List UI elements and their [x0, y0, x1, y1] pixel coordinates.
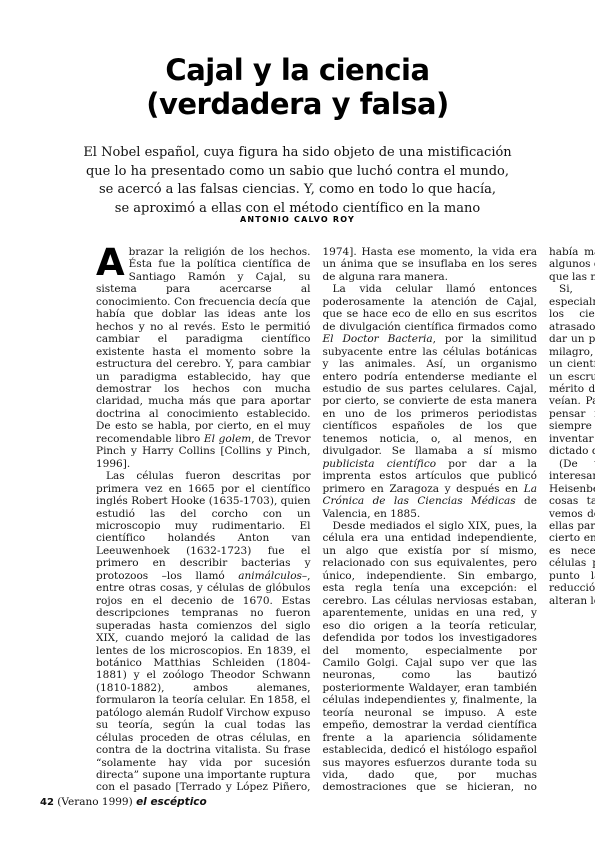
- magazine-page: Cajal y la ciencia (verdadera y falsa) E…: [0, 0, 595, 842]
- body-text: Si, según una definición especialmente a…: [549, 283, 595, 457]
- dropcap-letter: A: [96, 246, 129, 278]
- italic-text: publicista científico: [323, 458, 437, 470]
- article-paragraph: (De tomas formas, sería muy interesante …: [549, 458, 595, 607]
- article-paragraph: Si, según una definición especialmente a…: [549, 283, 595, 457]
- italic-text: El Doctor Bacteria: [323, 333, 433, 345]
- lede-line: El Nobel español, cuya figura ha sido ob…: [0, 144, 595, 163]
- issue-label: (Verano 1999): [57, 796, 132, 808]
- article-lede: El Nobel español, cuya figura ha sido ob…: [0, 144, 595, 218]
- article-title-line1: Cajal y la ciencia: [0, 53, 595, 87]
- lede-line: que lo ha presentado como un sabio que l…: [0, 163, 595, 182]
- magazine-name: el escéptico: [136, 796, 207, 808]
- article-paragraph: La vida celular llamó entonces poderosam…: [323, 283, 538, 520]
- author-byline: ANTONIO CALVO ROY: [0, 215, 595, 224]
- article-title: Cajal y la ciencia (verdadera y falsa): [0, 53, 595, 121]
- page-footer: 42 (Verano 1999) el escéptico: [40, 796, 207, 808]
- body-text: (De tomas formas, sería muy interesante …: [549, 458, 595, 607]
- italic-text: El golem: [204, 433, 251, 445]
- body-text: La vida celular llamó entonces poderosam…: [323, 283, 538, 332]
- lede-line: se acercó a las falsas ciencias. Y, como…: [0, 181, 595, 200]
- article-body: Abrazar la religión de los hechos. Ésta …: [96, 246, 537, 802]
- body-text: brazar la religión de los hechos. Ésta f…: [96, 246, 311, 445]
- italic-text: animálculos: [238, 570, 302, 582]
- page-number: 42: [40, 797, 54, 808]
- body-text: , por la similitud subyacente entre las …: [323, 333, 538, 457]
- body-text: Las células fueron descritas por primera…: [96, 470, 311, 582]
- article-paragraph: Abrazar la religión de los hechos. Ésta …: [96, 246, 311, 470]
- article-title-line2: (verdadera y falsa): [0, 87, 595, 121]
